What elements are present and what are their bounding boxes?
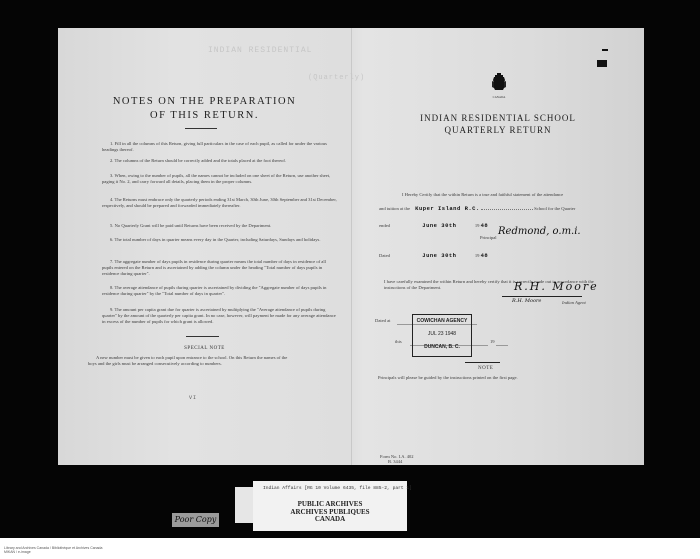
notes-title: NOTES ON THE PREPARATION OF THIS RETURN. (58, 95, 351, 123)
year-prefix: 19 (490, 339, 495, 344)
notes-title-line2: OF THIS RETURN. (58, 109, 351, 123)
canada-coat-of-arms-icon (491, 73, 507, 93)
dated-line: Dated June 30th 19 48 (379, 252, 488, 259)
image-credit: Library and Archives Canada / Bibliothèq… (4, 546, 102, 554)
school-prefix: and tuition at the (379, 206, 410, 211)
school-line: and tuition at the Kuper Island R.C. Sch… (379, 205, 575, 212)
agent-signature-line (502, 296, 582, 297)
note-3: 3. When, owing to the number of pupils, … (102, 173, 338, 185)
note-8: 8. The average attendance of pupils duri… (102, 285, 338, 297)
dated-date: June 30th (422, 252, 456, 259)
return-title-line1: INDIAN RESIDENTIAL SCHOOL (352, 112, 644, 124)
notes-title-line1: NOTES ON THE PREPARATION (58, 95, 351, 109)
public-archives-stamp: PUBLIC ARCHIVES ARCHIVES PUBLIQUES CANAD… (253, 501, 407, 524)
principal-signature: Redmond, o.m.i. (498, 226, 581, 237)
form-sheet: INDIAN RESIDENTIAL (Quarterly) NOTES ON … (58, 28, 644, 465)
return-title-line2: QUARTERLY RETURN (352, 124, 644, 136)
bleed-through-roman: VI (189, 395, 197, 401)
title-rule (185, 128, 217, 129)
poor-copy-label: Poor Copy (172, 513, 219, 527)
left-page-notes: INDIAN RESIDENTIAL (Quarterly) NOTES ON … (58, 28, 351, 465)
archive-stamp-line3: CANADA (253, 516, 407, 524)
note-9: 9. The amount per capita grant due for q… (102, 307, 338, 324)
stamp-line3: DUNCAN, B. C. (413, 341, 471, 354)
agent-title: Indian Agent (562, 300, 586, 305)
certificate-intro: I Hereby Certify that the within Return … (402, 192, 563, 197)
bleed-through-header: INDIAN RESIDENTIAL (208, 46, 312, 55)
agent-signature: R.H. Moore (514, 280, 599, 293)
note-4: 4. The Returns must embrace only the qua… (102, 197, 338, 209)
dated-label: Dated (379, 253, 390, 258)
school-suffix: School for the Quarter (534, 206, 575, 211)
note-1: 1. Fill in all the columns of this Retur… (102, 141, 338, 153)
note-heading: NOTE (478, 366, 493, 371)
form-number: Form No. I.A. 402 B. 3444 (380, 454, 414, 464)
note-6: 6. The total number of days in quarter m… (102, 237, 338, 243)
archive-label-card: Indian Affairs [RG 10 Volume 6435, file … (253, 481, 407, 531)
ink-blot (597, 60, 607, 67)
ended-year: 48 (481, 222, 489, 229)
special-note-heading: SPECIAL NOTE (58, 346, 351, 351)
ink-mark (602, 49, 608, 51)
dated-year: 48 (481, 252, 489, 259)
school-name: Kuper Island R.C. (415, 205, 480, 212)
year-line (496, 345, 508, 346)
stamp-line1: COWICHAN AGENCY (413, 315, 471, 328)
dated-year-prefix: 19 (475, 253, 480, 258)
note-7: 7. The aggregate number of days pupils i… (102, 259, 338, 276)
special-rule (186, 336, 219, 337)
stamp-line2: JUL 23 1948 (413, 328, 471, 341)
crest-label: CANADA (487, 95, 511, 99)
note-2: 2. The columns of the Return should be c… (102, 158, 338, 164)
ended-year-prefix: 19 (475, 223, 480, 228)
archive-reference: Indian Affairs [RG 10 Volume 6435, file … (263, 486, 412, 491)
special-note-text: A new number must be given to each pupil… (88, 355, 288, 367)
ended-label: ended (379, 223, 390, 228)
return-title: INDIAN RESIDENTIAL SCHOOL QUARTERLY RETU… (352, 112, 644, 136)
note-5: 5. No Quarterly Grant will be paid until… (102, 223, 338, 229)
right-page-return: CANADA INDIAN RESIDENTIAL SCHOOL QUARTER… (352, 28, 644, 465)
this-label: this (395, 339, 402, 344)
principal-label: Principal (480, 235, 497, 240)
cowichan-agency-stamp: COWICHAN AGENCY JUL 23 1948 DUNCAN, B. C… (412, 314, 472, 357)
dated-at-label: Dated at (375, 318, 390, 323)
stamp-rule (465, 362, 500, 363)
note-text: Principals will please be guided by the … (378, 375, 518, 380)
form-number-line2: B. 3444 (380, 459, 414, 464)
agent-name-typed: R.H. Moore (512, 298, 541, 304)
ended-date: June 30th (422, 222, 456, 229)
ended-line: ended June 30th 19 48 (379, 222, 488, 229)
credit-line2: MIKAN / e-image (4, 550, 102, 554)
